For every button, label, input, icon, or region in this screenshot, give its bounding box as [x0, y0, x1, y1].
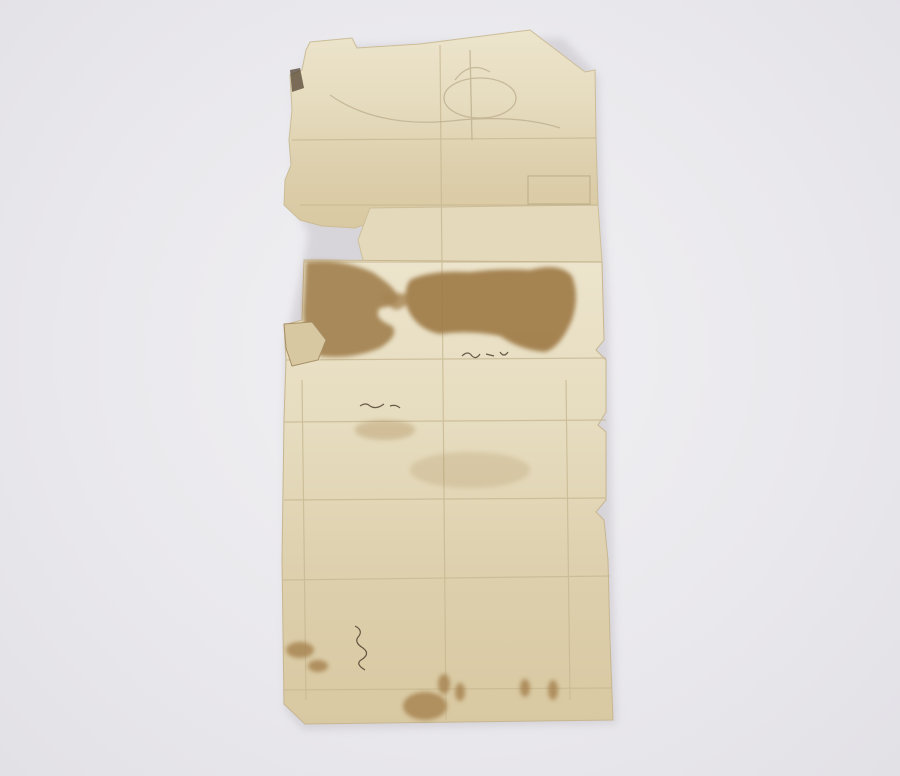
aged-document: [0, 0, 900, 776]
photo-scene: Aged folded paper document with water st…: [0, 0, 900, 776]
